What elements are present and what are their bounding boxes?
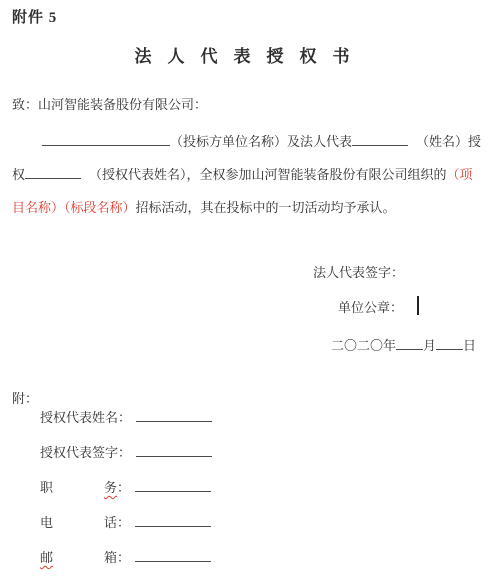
text-cursor: [417, 296, 419, 315]
appendix-row-phone: 电话：: [40, 512, 211, 531]
project-section-placeholder: 目名称）（标段名称）: [12, 200, 136, 215]
position-fill-blank[interactable]: [135, 478, 211, 492]
body-closing-text: 招标活动，其在投标中的一切活动均予承认。: [136, 200, 396, 215]
phone-label-char1: 电: [40, 512, 53, 531]
document-page[interactable]: 附件 5 法人代表授权书 致：山河智能装备股份有限公司： （投标方单位名称）及法…: [0, 0, 500, 584]
rep-name-fill-blank[interactable]: [136, 408, 212, 422]
addressee-line: 致：山河智能装备股份有限公司：: [12, 94, 207, 113]
date-month: 月: [423, 338, 436, 353]
authorize-lead: 权: [12, 167, 25, 182]
appendix-row-position: 职务：: [40, 477, 211, 496]
phone-label-char2: 话: [104, 515, 117, 530]
body-line-3: 目名称）（标段名称）招标活动，其在投标中的一切活动均予承认。: [12, 197, 396, 216]
date-month-blank[interactable]: [396, 336, 423, 350]
email-label: 邮箱：: [40, 547, 130, 566]
phone-label-colon: ：: [117, 515, 130, 530]
email-fill-blank[interactable]: [135, 548, 211, 562]
unit-name-note: （投标方单位名称）及法人代表: [170, 134, 352, 149]
appendix-row-rep-signature: 授权代表签字：: [40, 442, 212, 461]
date-day-blank[interactable]: [436, 336, 463, 350]
phone-fill-blank[interactable]: [135, 513, 211, 527]
legal-rep-name-blank[interactable]: [352, 132, 408, 146]
position-label-char2: 务: [104, 480, 117, 495]
phone-label: 电话：: [40, 512, 130, 531]
date-day: 日: [463, 338, 476, 353]
appendix-row-rep-name: 授权代表姓名：: [40, 407, 212, 426]
name-note: （姓名）授: [416, 134, 481, 149]
email-label-colon: ：: [117, 550, 130, 565]
email-label-char2: 箱: [104, 550, 117, 565]
date-year: 二〇二〇年: [331, 338, 396, 353]
appendix-row-email: 邮箱：: [40, 547, 211, 566]
rep-name-label: 授权代表姓名：: [40, 410, 131, 425]
position-label-char2-group: 务：: [104, 477, 130, 496]
rep-signature-label: 授权代表签字：: [40, 445, 131, 460]
position-label-char1: 职: [40, 477, 53, 496]
bidder-unit-name-blank[interactable]: [42, 132, 170, 146]
position-label-colon: ：: [117, 480, 130, 495]
email-label-char1: 邮: [40, 547, 53, 566]
project-name-placeholder-start: （项: [447, 167, 473, 182]
rep-signature-fill-blank[interactable]: [136, 443, 212, 457]
date-line: 二〇二〇年月日: [331, 335, 476, 354]
email-label-char2-group: 箱：: [104, 547, 130, 566]
body-line-2: 权（授权代表姓名），全权参加山河智能装备股份有限公司组织的（项: [12, 164, 473, 183]
company-seal-label: 单位公章：: [338, 297, 403, 316]
position-label: 职务：: [40, 477, 130, 496]
rep-name-note: （授权代表姓名），全权参加山河智能装备股份有限公司组织的: [89, 167, 447, 182]
attachment-number: 附件 5: [12, 6, 57, 27]
body-line-1: （投标方单位名称）及法人代表（姓名）授: [12, 131, 481, 150]
document-title: 法人代表授权书: [0, 42, 500, 67]
appendix-label: 附：: [12, 388, 38, 407]
phone-label-char2-group: 话：: [104, 512, 130, 531]
legal-rep-signature-label: 法人代表签字：: [313, 262, 404, 281]
authorized-rep-name-blank[interactable]: [25, 165, 81, 179]
